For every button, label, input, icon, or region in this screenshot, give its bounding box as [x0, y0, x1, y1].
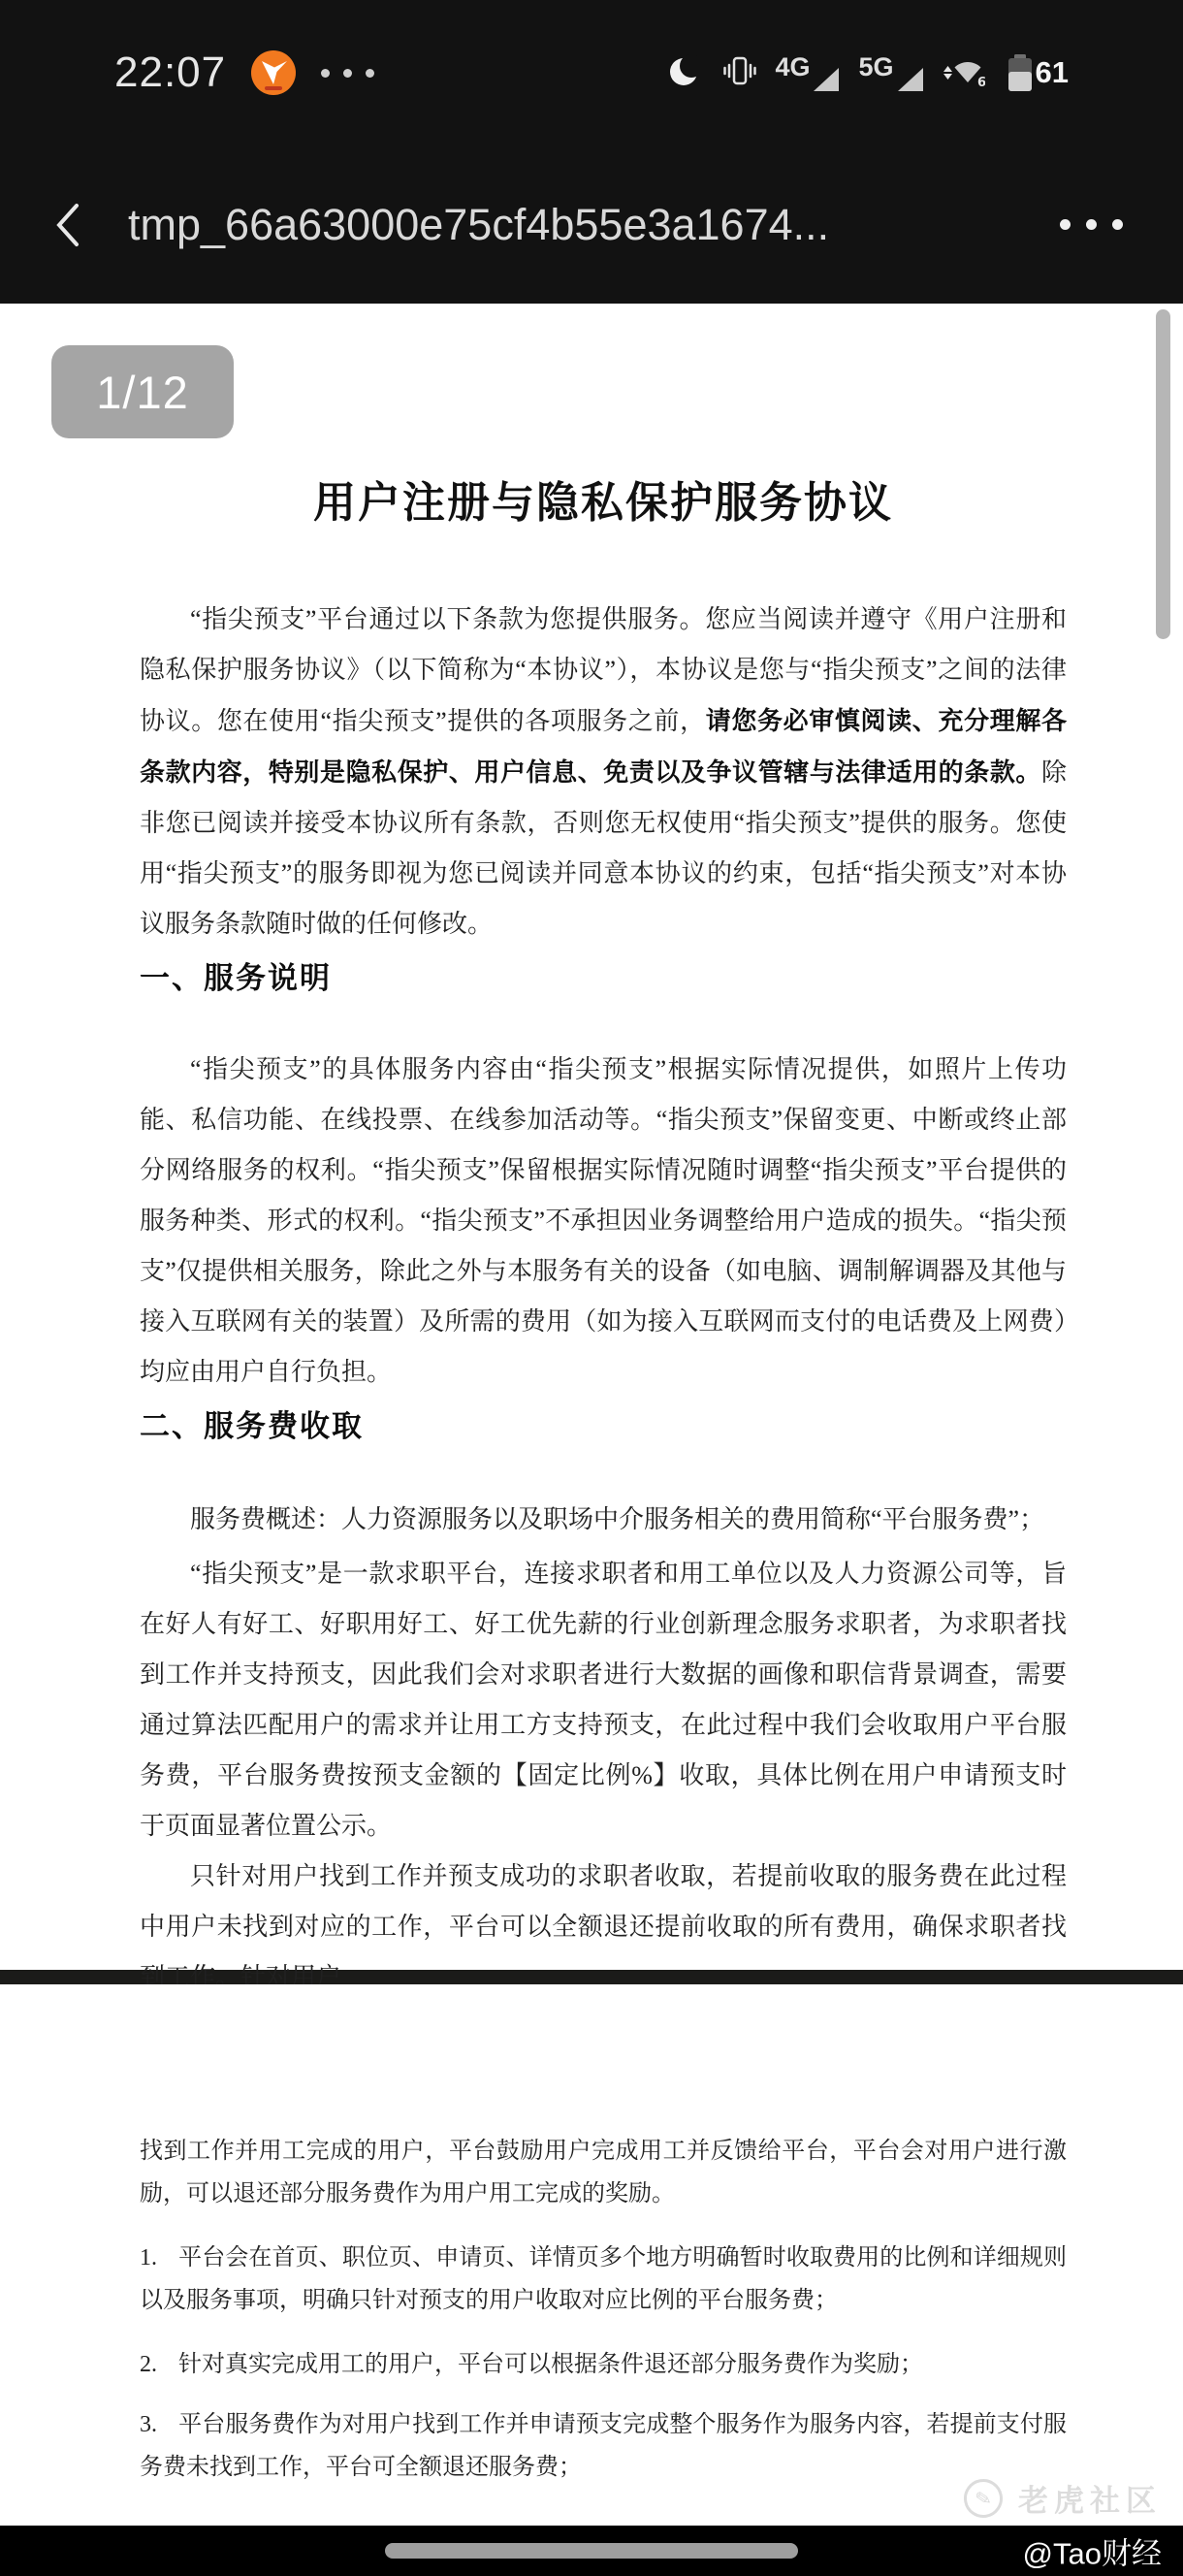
back-icon[interactable] [47, 196, 89, 254]
svg-text:6: 6 [977, 76, 985, 88]
gesture-pill[interactable] [385, 2543, 798, 2559]
section-1-heading: 一、服务说明 [140, 957, 1067, 1000]
section-2-paragraph-1: 服务费概述：人力资源服务以及职场中介服务相关的费用简称“平台服务费”； [140, 1495, 1067, 1545]
clock: 22:07 [114, 48, 226, 97]
battery-percent: 61 [1036, 55, 1069, 90]
pdf-page-2: 找到工作并用工完成的用户，平台鼓励用户完成用工并反馈给平台，平台会对用户进行激励… [0, 1984, 1183, 2526]
agreement-title: 用户注册与隐私保护服务协议 [140, 474, 1067, 532]
status-bar: 22:07 [0, 0, 1183, 145]
list-item: 2.针对真实完成用工的用户，平台可以根据条件退还部分服务费作为奖励； [140, 2343, 1067, 2386]
overflow-menu-icon[interactable] [1040, 209, 1123, 240]
signal-4g-icon: 4G [775, 52, 841, 93]
section-2-heading: 二、服务费收取 [140, 1405, 1067, 1448]
wifi-icon: 6 [943, 53, 985, 93]
battery-icon: 61 [1003, 52, 1069, 93]
watermark-handle: @Tao财经 [1023, 2529, 1162, 2573]
section-2-paragraph-3: 只针对用户找到工作并预支成功的求职者收取，若提前收取的服务费在此过程中用户未找到… [140, 1851, 1067, 2003]
pdf-viewer[interactable]: 1/12 用户注册与隐私保护服务协议 “指尖预支”平台通过以下条款为您提供服务。… [0, 304, 1183, 2526]
scrollbar-thumb[interactable] [1156, 309, 1170, 639]
watermark-community-name: 老虎社区 [1018, 2476, 1162, 2520]
list-item: 1.平台会在首页、职位页、申请页、详情页多个地方明确暂时收取费用的比例和详细规则… [140, 2237, 1067, 2322]
intro-paragraph: “指尖预支”平台通过以下条款为您提供服务。您应当阅读并遵守《用户注册和隐私保护服… [140, 595, 1067, 950]
continuation-paragraph: 找到工作并用工完成的用户，平台鼓励用户完成用工并反馈给平台，平台会对用户进行激励… [140, 2130, 1067, 2215]
moon-dnd-icon [666, 51, 705, 95]
section-2-paragraph-2: “指尖预支”是一款求职平台，连接求职者和用工单位以及人力资源公司等，旨在好人有好… [140, 1549, 1067, 1851]
vibrate-icon [722, 52, 757, 94]
screen: 22:07 [0, 0, 1183, 2576]
pdf-page-1: 1/12 用户注册与隐私保护服务协议 “指尖预支”平台通过以下条款为您提供服务。… [0, 304, 1183, 1970]
app-bar: tmp_66a63000e75cf4b55e3a1674... [0, 145, 1183, 304]
page-indicator-badge: 1/12 [51, 345, 234, 438]
app-notification-icon [251, 50, 296, 95]
signal-5g-icon: 5G [858, 52, 924, 93]
section-1-paragraph: “指尖预支”的具体服务内容由“指尖预支”根据实际情况提供，如照片上传功能、私信功… [140, 1045, 1067, 1398]
watermark: ✎ 老虎社区 [964, 2476, 1162, 2520]
notification-ellipsis-icon [321, 69, 374, 78]
list-item: 3.平台服务费作为对用户找到工作并申请预支完成整个服务作为服务内容，若提前支付服… [140, 2403, 1067, 2489]
navigation-bar: @Tao财经 [0, 2526, 1183, 2576]
document-title: tmp_66a63000e75cf4b55e3a1674... [128, 200, 1040, 250]
tiger-community-logo-icon: ✎ [961, 2475, 1006, 2520]
